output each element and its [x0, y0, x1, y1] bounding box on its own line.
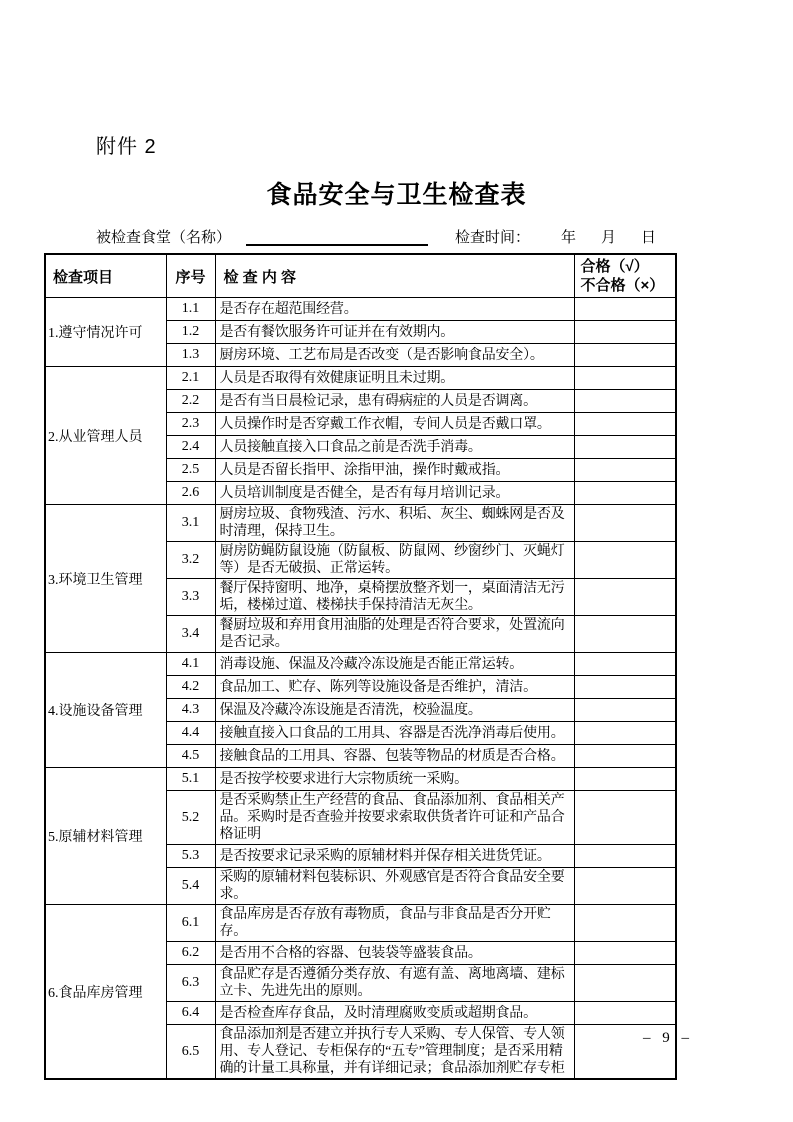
row-result-blank-cell — [574, 1002, 676, 1025]
row-result-blank-cell — [574, 482, 676, 505]
attachment-label: 附件 2 — [96, 130, 157, 159]
row-serial-number: 6.3 — [166, 965, 215, 1002]
table-header-row: 检查项目 序号 检 查 内 容 合格（√） 不合格（×） — [45, 254, 676, 298]
row-check-content: 是否采购禁止生产经营的食品、食品添加剂、食品相关产品。采购时是否查验并按要求索取… — [215, 791, 574, 845]
row-check-content: 人员接触直接入口食品之前是否洗手消毒。 — [215, 436, 574, 459]
row-result-blank-cell — [574, 942, 676, 965]
row-check-content: 消毒设施、保温及冷藏冷冻设施是否能正常运转。 — [215, 653, 574, 676]
section-label: 4.设施设备管理 — [45, 653, 166, 768]
row-check-content: 是否有当日晨检记录，患有碍病症的人员是否调离。 — [215, 390, 574, 413]
row-serial-number: 5.1 — [166, 768, 215, 791]
row-result-blank-cell — [574, 367, 676, 390]
row-serial-number: 2.6 — [166, 482, 215, 505]
table-row: 5.原辅材料管理5.1是否按学校要求进行大宗物质统一采购。 — [45, 768, 676, 791]
row-result-blank-cell — [574, 722, 676, 745]
inspection-table-body: 1.遵守情况许可1.1是否存在超范围经营。1.2是否有餐饮服务许可证并在有效期内… — [45, 298, 676, 1080]
row-result-blank-cell — [574, 965, 676, 1002]
row-check-content: 厨房垃圾、食物残渣、污水、积垢、灰尘、蜘蛛网是否及时清理，保持卫生。 — [215, 505, 574, 542]
header-result-pass: 合格（√） — [581, 257, 675, 276]
document-page: 附件 2 食品安全与卫生检查表 被检查食堂（名称） 检查时间： 年 月 日 检查… — [0, 0, 793, 1122]
row-result-blank-cell — [574, 616, 676, 653]
row-result-blank-cell — [574, 436, 676, 459]
row-check-content: 接触直接入口食品的工用具、容器是否洗净消毒后使用。 — [215, 722, 574, 745]
row-serial-number: 5.4 — [166, 868, 215, 905]
table-row: 1.遵守情况许可1.1是否存在超范围经营。 — [45, 298, 676, 321]
canteen-name-blank-field — [246, 244, 428, 246]
row-check-content: 食品添加剂是否建立并执行专人采购、专人保管、专人领用、专人登记、专柜保存的“五专… — [215, 1025, 574, 1080]
section-label: 3.环境卫生管理 — [45, 505, 166, 653]
row-check-content: 是否用不合格的容器、包装袋等盛装食品。 — [215, 942, 574, 965]
row-check-content: 厨房环境、工艺布局是否改变（是否影响食品安全）。 — [215, 344, 574, 367]
row-check-content: 是否有餐饮服务许可证并在有效期内。 — [215, 321, 574, 344]
row-serial-number: 4.3 — [166, 699, 215, 722]
info-line: 被检查食堂（名称） 检查时间： 年 月 日 — [0, 226, 793, 252]
row-check-content: 人员是否留长指甲、涂指甲油，操作时戴戒指。 — [215, 459, 574, 482]
row-serial-number: 2.5 — [166, 459, 215, 482]
header-result: 合格（√） 不合格（×） — [574, 254, 676, 298]
row-result-blank-cell — [574, 653, 676, 676]
row-check-content: 厨房防蝇防鼠设施（防鼠板、防鼠网、纱窗纱门、灭蝇灯等）是否无破损、正常运转。 — [215, 542, 574, 579]
row-result-blank-cell — [574, 459, 676, 482]
row-result-blank-cell — [574, 745, 676, 768]
section-label: 1.遵守情况许可 — [45, 298, 166, 367]
row-check-content: 人员是否取得有效健康证明且未过期。 — [215, 367, 574, 390]
row-result-blank-cell — [574, 321, 676, 344]
row-serial-number: 1.3 — [166, 344, 215, 367]
row-result-blank-cell — [574, 791, 676, 845]
row-check-content: 采购的原辅材料包装标识、外观感官是否符合食品安全要求。 — [215, 868, 574, 905]
row-serial-number: 3.4 — [166, 616, 215, 653]
row-serial-number: 4.2 — [166, 676, 215, 699]
page-title: 食品安全与卫生检查表 — [0, 175, 793, 211]
row-result-blank-cell — [574, 905, 676, 942]
date-year-month-day: 年 月 日 — [561, 226, 661, 247]
row-serial-number: 6.1 — [166, 905, 215, 942]
table-row: 4.设施设备管理4.1消毒设施、保温及冷藏冷冻设施是否能正常运转。 — [45, 653, 676, 676]
row-result-blank-cell — [574, 542, 676, 579]
row-check-content: 食品库房是否存放有毒物质，食品与非食品是否分开贮存。 — [215, 905, 574, 942]
row-serial-number: 5.2 — [166, 791, 215, 845]
row-result-blank-cell — [574, 298, 676, 321]
section-label: 6.食品库房管理 — [45, 905, 166, 1080]
section-label: 5.原辅材料管理 — [45, 768, 166, 905]
row-check-content: 是否检查库存食品，及时清理腐败变质或超期食品。 — [215, 1002, 574, 1025]
row-result-blank-cell — [574, 579, 676, 616]
table-row: 6.食品库房管理6.1食品库房是否存放有毒物质，食品与非食品是否分开贮存。 — [45, 905, 676, 942]
table-row: 2.从业管理人员2.1人员是否取得有效健康证明且未过期。 — [45, 367, 676, 390]
row-result-blank-cell — [574, 676, 676, 699]
row-serial-number: 2.3 — [166, 413, 215, 436]
row-serial-number: 4.5 — [166, 745, 215, 768]
row-serial-number: 3.3 — [166, 579, 215, 616]
table-row: 3.环境卫生管理3.1厨房垃圾、食物残渣、污水、积垢、灰尘、蜘蛛网是否及时清理，… — [45, 505, 676, 542]
row-check-content: 接触食品的工用具、容器、包装等物品的材质是否合格。 — [215, 745, 574, 768]
row-serial-number: 6.5 — [166, 1025, 215, 1080]
row-serial-number: 3.2 — [166, 542, 215, 579]
header-check-item: 检查项目 — [45, 254, 166, 298]
row-serial-number: 6.2 — [166, 942, 215, 965]
row-check-content: 人员培训制度是否健全，是否有每月培训记录。 — [215, 482, 574, 505]
row-check-content: 餐厨垃圾和弃用食用油脂的处理是否符合要求，处置流向是否记录。 — [215, 616, 574, 653]
row-serial-number: 3.1 — [166, 505, 215, 542]
header-result-fail: 不合格（×） — [581, 276, 675, 295]
inspection-table: 检查项目 序号 检 查 内 容 合格（√） 不合格（×） 1.遵守情况许可1.1… — [44, 253, 677, 1080]
row-check-content: 是否存在超范围经营。 — [215, 298, 574, 321]
row-result-blank-cell — [574, 390, 676, 413]
row-serial-number: 6.4 — [166, 1002, 215, 1025]
header-serial-number: 序号 — [166, 254, 215, 298]
row-result-blank-cell — [574, 505, 676, 542]
row-result-blank-cell — [574, 768, 676, 791]
row-serial-number: 4.4 — [166, 722, 215, 745]
row-check-content: 人员操作时是否穿戴工作衣帽，专间人员是否戴口罩。 — [215, 413, 574, 436]
page-number: – 9 – — [643, 1030, 689, 1047]
row-serial-number: 5.3 — [166, 845, 215, 868]
row-result-blank-cell — [574, 845, 676, 868]
row-check-content: 食品加工、贮存、陈列等设施设备是否维护，清洁。 — [215, 676, 574, 699]
row-serial-number: 1.2 — [166, 321, 215, 344]
row-serial-number: 1.1 — [166, 298, 215, 321]
header-check-content: 检 查 内 容 — [215, 254, 574, 298]
row-result-blank-cell — [574, 344, 676, 367]
inspected-canteen-label: 被检查食堂（名称） — [96, 226, 231, 247]
inspection-time-label: 检查时间： — [455, 226, 530, 247]
row-check-content: 是否按学校要求进行大宗物质统一采购。 — [215, 768, 574, 791]
row-serial-number: 2.2 — [166, 390, 215, 413]
row-check-content: 餐厅保持窗明、地净，桌椅摆放整齐划一，桌面清洁无污垢，楼梯过道、楼梯扶手保持清洁… — [215, 579, 574, 616]
row-check-content: 食品贮存是否遵循分类存放、有遮有盖、离地离墙、建标立卡、先进先出的原则。 — [215, 965, 574, 1002]
row-check-content: 是否按要求记录采购的原辅材料并保存相关进货凭证。 — [215, 845, 574, 868]
row-result-blank-cell — [574, 699, 676, 722]
section-label: 2.从业管理人员 — [45, 367, 166, 505]
row-serial-number: 2.1 — [166, 367, 215, 390]
row-result-blank-cell — [574, 413, 676, 436]
row-serial-number: 2.4 — [166, 436, 215, 459]
row-result-blank-cell — [574, 868, 676, 905]
row-check-content: 保温及冷藏冷冻设施是否清洗，校验温度。 — [215, 699, 574, 722]
row-serial-number: 4.1 — [166, 653, 215, 676]
